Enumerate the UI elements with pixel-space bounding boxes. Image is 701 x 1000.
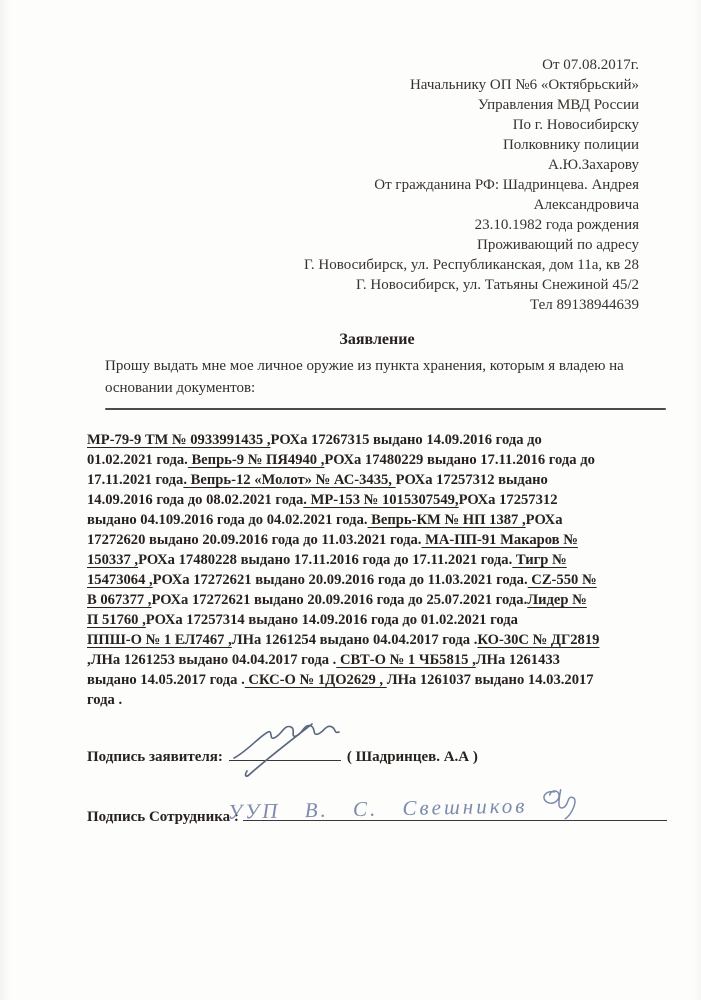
request-paragraph: Прошу выдать мне мое личное оружие из пу… — [105, 355, 624, 399]
addressee-line: Александровича — [304, 195, 639, 215]
addressee-line: Тел 89138944639 — [304, 295, 639, 315]
weapons-list-line: 14.09.2016 года до 08.02.2021 года. МР-1… — [87, 490, 672, 510]
request-line: Прошу выдать мне мое личное оружие из пу… — [105, 355, 624, 377]
weapons-list-line: 01.02.2021 года. Вепрь-9 № ПЯ4940 ,РОХа … — [87, 450, 672, 470]
addressee-line: А.Ю.Захарову — [304, 155, 639, 175]
addressee-line: Г. Новосибирск, ул. Татьяны Снежиной 45/… — [304, 275, 639, 295]
weapons-list-line: выдано 14.05.2017 года . СКС-О № 1ДО2629… — [87, 670, 672, 690]
weapons-list-paragraph: МР-79-9 ТМ № 0933991435 ,РОХа 17267315 в… — [87, 430, 672, 710]
request-line: основании документов: — [105, 377, 624, 399]
weapons-list-line: ,ЛНа 1261253 выдано 04.04.2017 года . СВ… — [87, 650, 672, 670]
addressee-line: По г. Новосибирску — [304, 115, 639, 135]
addressee-line: Проживающий по адресу — [304, 235, 639, 255]
applicant-signature-label: Подпись заявителя: — [87, 749, 223, 765]
weapons-list-line: года . — [87, 690, 672, 710]
weapons-list-line: МР-79-9 ТМ № 0933991435 ,РОХа 17267315 в… — [87, 430, 672, 450]
addressee-line: От гражданина РФ: Шадринцева. Андрея — [304, 175, 639, 195]
officer-signature-label: Подпись Сотрудника : — [87, 809, 239, 826]
weapons-list-line: 150337 ,РОХа 17480228 выдано 17.11.2016 … — [87, 550, 672, 570]
weapons-list-line: 17272620 выдано 20.09.2016 года до 11.03… — [87, 530, 672, 550]
weapons-list-line: 15473064 ,РОХа 17272621 выдано 20.09.201… — [87, 570, 672, 590]
weapons-list-line: П 51760 ,РОХа 17257314 выдано 14.09.2016… — [87, 610, 672, 630]
weapons-list-line: ППШ-О № 1 ЕЛ7467 ,ЛНа 1261254 выдано 04.… — [87, 630, 672, 650]
applicant-name: ( Шадринцев. А.А ) — [347, 749, 478, 765]
addressee-line: Полковнику полиции — [304, 135, 639, 155]
weapons-list-line: выдано 04.109.2016 года до 04.02.2021 го… — [87, 510, 672, 530]
officer-handwriting: УУП В. С. Свешников — [228, 785, 584, 832]
officer-handwriting-text: УУП В. С. Свешников — [228, 793, 528, 823]
addressee-line: 23.10.1982 года рождения — [304, 215, 639, 235]
addressee-line: От 07.08.2017г. — [304, 55, 639, 75]
weapons-list-line: 17.11.2021 года. Вепрь-12 «Молот» № АС-3… — [87, 470, 672, 490]
addressee-line: Г. Новосибирск, ул. Республиканская, дом… — [304, 255, 639, 275]
addressee-line: Начальнику ОП №6 «Октябрьский» — [304, 75, 639, 95]
document-page: От 07.08.2017г.Начальнику ОП №6 «Октябрь… — [0, 0, 701, 1000]
document-title: Заявление — [87, 331, 667, 349]
addressee-line: Управления МВД России — [304, 95, 639, 115]
applicant-signature-squiggle-icon — [216, 718, 366, 780]
officer-signature-flourish-icon — [537, 785, 584, 820]
weapons-list-line: В 067377 ,РОХа 17272621 выдано 20.09.201… — [87, 590, 672, 610]
addressee-block: От 07.08.2017г.Начальнику ОП №6 «Октябрь… — [304, 55, 639, 315]
horizontal-rule — [105, 408, 666, 410]
